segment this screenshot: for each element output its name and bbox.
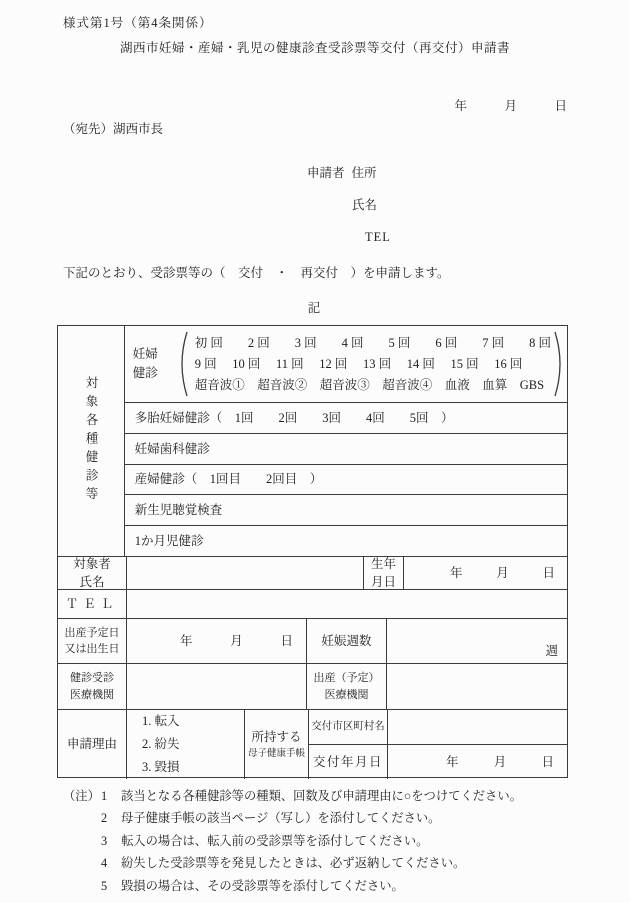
- reason-option-3: 3. 毀損: [142, 756, 180, 779]
- birth-clinic-label: 出産（予定） 医療機関: [306, 664, 386, 709]
- target-name-input-area: [126, 557, 363, 589]
- due-date-value-area: 年 月 日: [126, 619, 306, 663]
- note-line-2: 2 母子健康手帳の該当ページ（写し）を添付してください。: [63, 807, 522, 829]
- issue-date-value-area: 年 月 日: [387, 745, 567, 779]
- intro-line: 下記のとおり、受診票等の（ 交付 ・ 再交付 ）を申請します。: [63, 265, 450, 281]
- kind-row-newborn-hearing: 新生児聴覚検査: [125, 494, 567, 525]
- applicant-address-label: 住所: [352, 165, 377, 181]
- checkup-line-2: 9 回 10 回 11 回 12 回 13 回 14 回 15 回 16 回: [195, 354, 551, 375]
- maternal-checkup-row: 妊婦 健診 初 回 2 回 3 回 4 回 5 回 6 回 7 回 8 回 9 …: [125, 326, 567, 402]
- applicant-address-row: 申請者 住所: [307, 165, 377, 181]
- addressee-line: （宛先）湖西市長: [63, 121, 163, 137]
- pregnancy-weeks-value-area: 週: [386, 619, 567, 663]
- applicant-name-label: 氏名: [352, 197, 377, 213]
- category-header-cell: 対象各種健診等: [58, 326, 124, 556]
- clinic-row: 健診受診 医療機関 出産（予定） 医療機関: [58, 663, 567, 709]
- issue-date-label: 交付年月日: [309, 745, 387, 779]
- issue-date-subrow: 交付年月日 年 月 日: [309, 744, 567, 779]
- note-line-5: 5 毀損の場合は、その受診票等を添付してください。: [63, 875, 522, 897]
- reason-option-2: 2. 紛失: [142, 733, 180, 756]
- kind-row-postpartum: 産婦健診（ 1回目 2回目 ）: [125, 464, 567, 495]
- due-date-row: 出産予定日 又は出生日 年 月 日 妊娠週数 週: [58, 618, 567, 663]
- kind-row-multiple-pregnancy: 多胎妊婦健診（ 1回 2回 3回 4回 5回 ）: [125, 402, 567, 433]
- birthdate-label: 生年 月日: [363, 557, 403, 589]
- handbook-label: 所持する 母子健康手帳: [244, 710, 308, 779]
- checkup-table: 対象各種健診等 妊婦 健診 初 回 2 回 3 回 4 回 5 回 6 回 7 …: [57, 325, 568, 778]
- note-line-3: 3 転入の場合は、転入前の受診票等を添付してください。: [63, 830, 522, 852]
- kind-row-dental: 妊婦歯科健診: [125, 433, 567, 464]
- issue-city-label: 交付市区町村名: [309, 710, 387, 744]
- handbook-issue-block: 交付市区町村名 交付年月日 年 月 日: [308, 710, 567, 779]
- checkup-clinic-input-area: [126, 664, 306, 709]
- checkup-line-3: 超音波① 超音波② 超音波③ 超音波④ 血液 血算 GBS: [195, 375, 551, 396]
- reason-label: 申請理由: [58, 710, 126, 779]
- notes-label: （注）: [63, 785, 101, 807]
- tel-label: ＴＥＬ: [58, 590, 126, 618]
- issue-city-subrow: 交付市区町村名: [309, 710, 567, 744]
- tel-input-area: [126, 590, 567, 618]
- checkup-clinic-label: 健診受診 医療機関: [58, 664, 126, 709]
- birthdate-value-area: 年 月 日: [403, 557, 567, 589]
- maternal-checkup-label: 妊婦 健診: [133, 345, 175, 383]
- applicant-label: 申請者: [307, 165, 345, 181]
- target-person-row: 対象者 氏名 生年 月日 年 月 日: [58, 556, 567, 589]
- open-paren-icon: [175, 331, 189, 397]
- form-title: 湖西市妊婦・産婦・乳児の健康診査受診票等交付（再交付）申請書: [0, 40, 630, 56]
- kind-row-one-month: 1か月児健診: [125, 525, 567, 556]
- application-reason-row: 申請理由 1. 転入 2. 紛失 3. 毀損 所持する 母子健康手帳 交付市区町…: [58, 709, 567, 779]
- checkup-kinds-section: 対象各種健診等 妊婦 健診 初 回 2 回 3 回 4 回 5 回 6 回 7 …: [58, 326, 567, 556]
- checkup-kind-rows: 妊婦 健診 初 回 2 回 3 回 4 回 5 回 6 回 7 回 8 回 9 …: [124, 326, 567, 556]
- note-line-1: （注） 1 該当となる各種健診等の種類、回数及び申請理由に○をつけてください。: [63, 785, 522, 807]
- tel-row: ＴＥＬ: [58, 589, 567, 618]
- form-number: 様式第1号（第4条関係）: [63, 15, 213, 31]
- target-name-label: 対象者 氏名: [58, 557, 126, 589]
- application-form-page: 様式第1号（第4条関係） 湖西市妊婦・産婦・乳児の健康診査受診票等交付（再交付）…: [0, 0, 630, 903]
- applicant-tel-label: TEL: [365, 229, 391, 245]
- category-label: 対象各種健診等: [83, 376, 99, 506]
- due-date-label: 出産予定日 又は出生日: [58, 619, 126, 663]
- notes-section: （注） 1 該当となる各種健診等の種類、回数及び申請理由に○をつけてください。 …: [63, 785, 522, 897]
- reason-options: 1. 転入 2. 紛失 3. 毀損: [126, 710, 244, 779]
- checkup-line-1: 初 回 2 回 3 回 4 回 5 回 6 回 7 回 8 回: [195, 333, 551, 354]
- note-line-4: 4 紛失した受診票等を発見したときは、必ず返納してください。: [63, 852, 522, 874]
- issue-city-input-area: [387, 710, 567, 744]
- pregnancy-weeks-label: 妊娠週数: [306, 619, 386, 663]
- birth-clinic-input-area: [386, 664, 567, 709]
- reason-option-1: 1. 転入: [142, 710, 180, 733]
- header-date-line: 年 月 日: [0, 98, 630, 114]
- section-mark: 記: [0, 300, 630, 316]
- maternal-checkup-options: 初 回 2 回 3 回 4 回 5 回 6 回 7 回 8 回 9 回 10 回…: [189, 333, 553, 396]
- close-paren-icon: [553, 331, 567, 397]
